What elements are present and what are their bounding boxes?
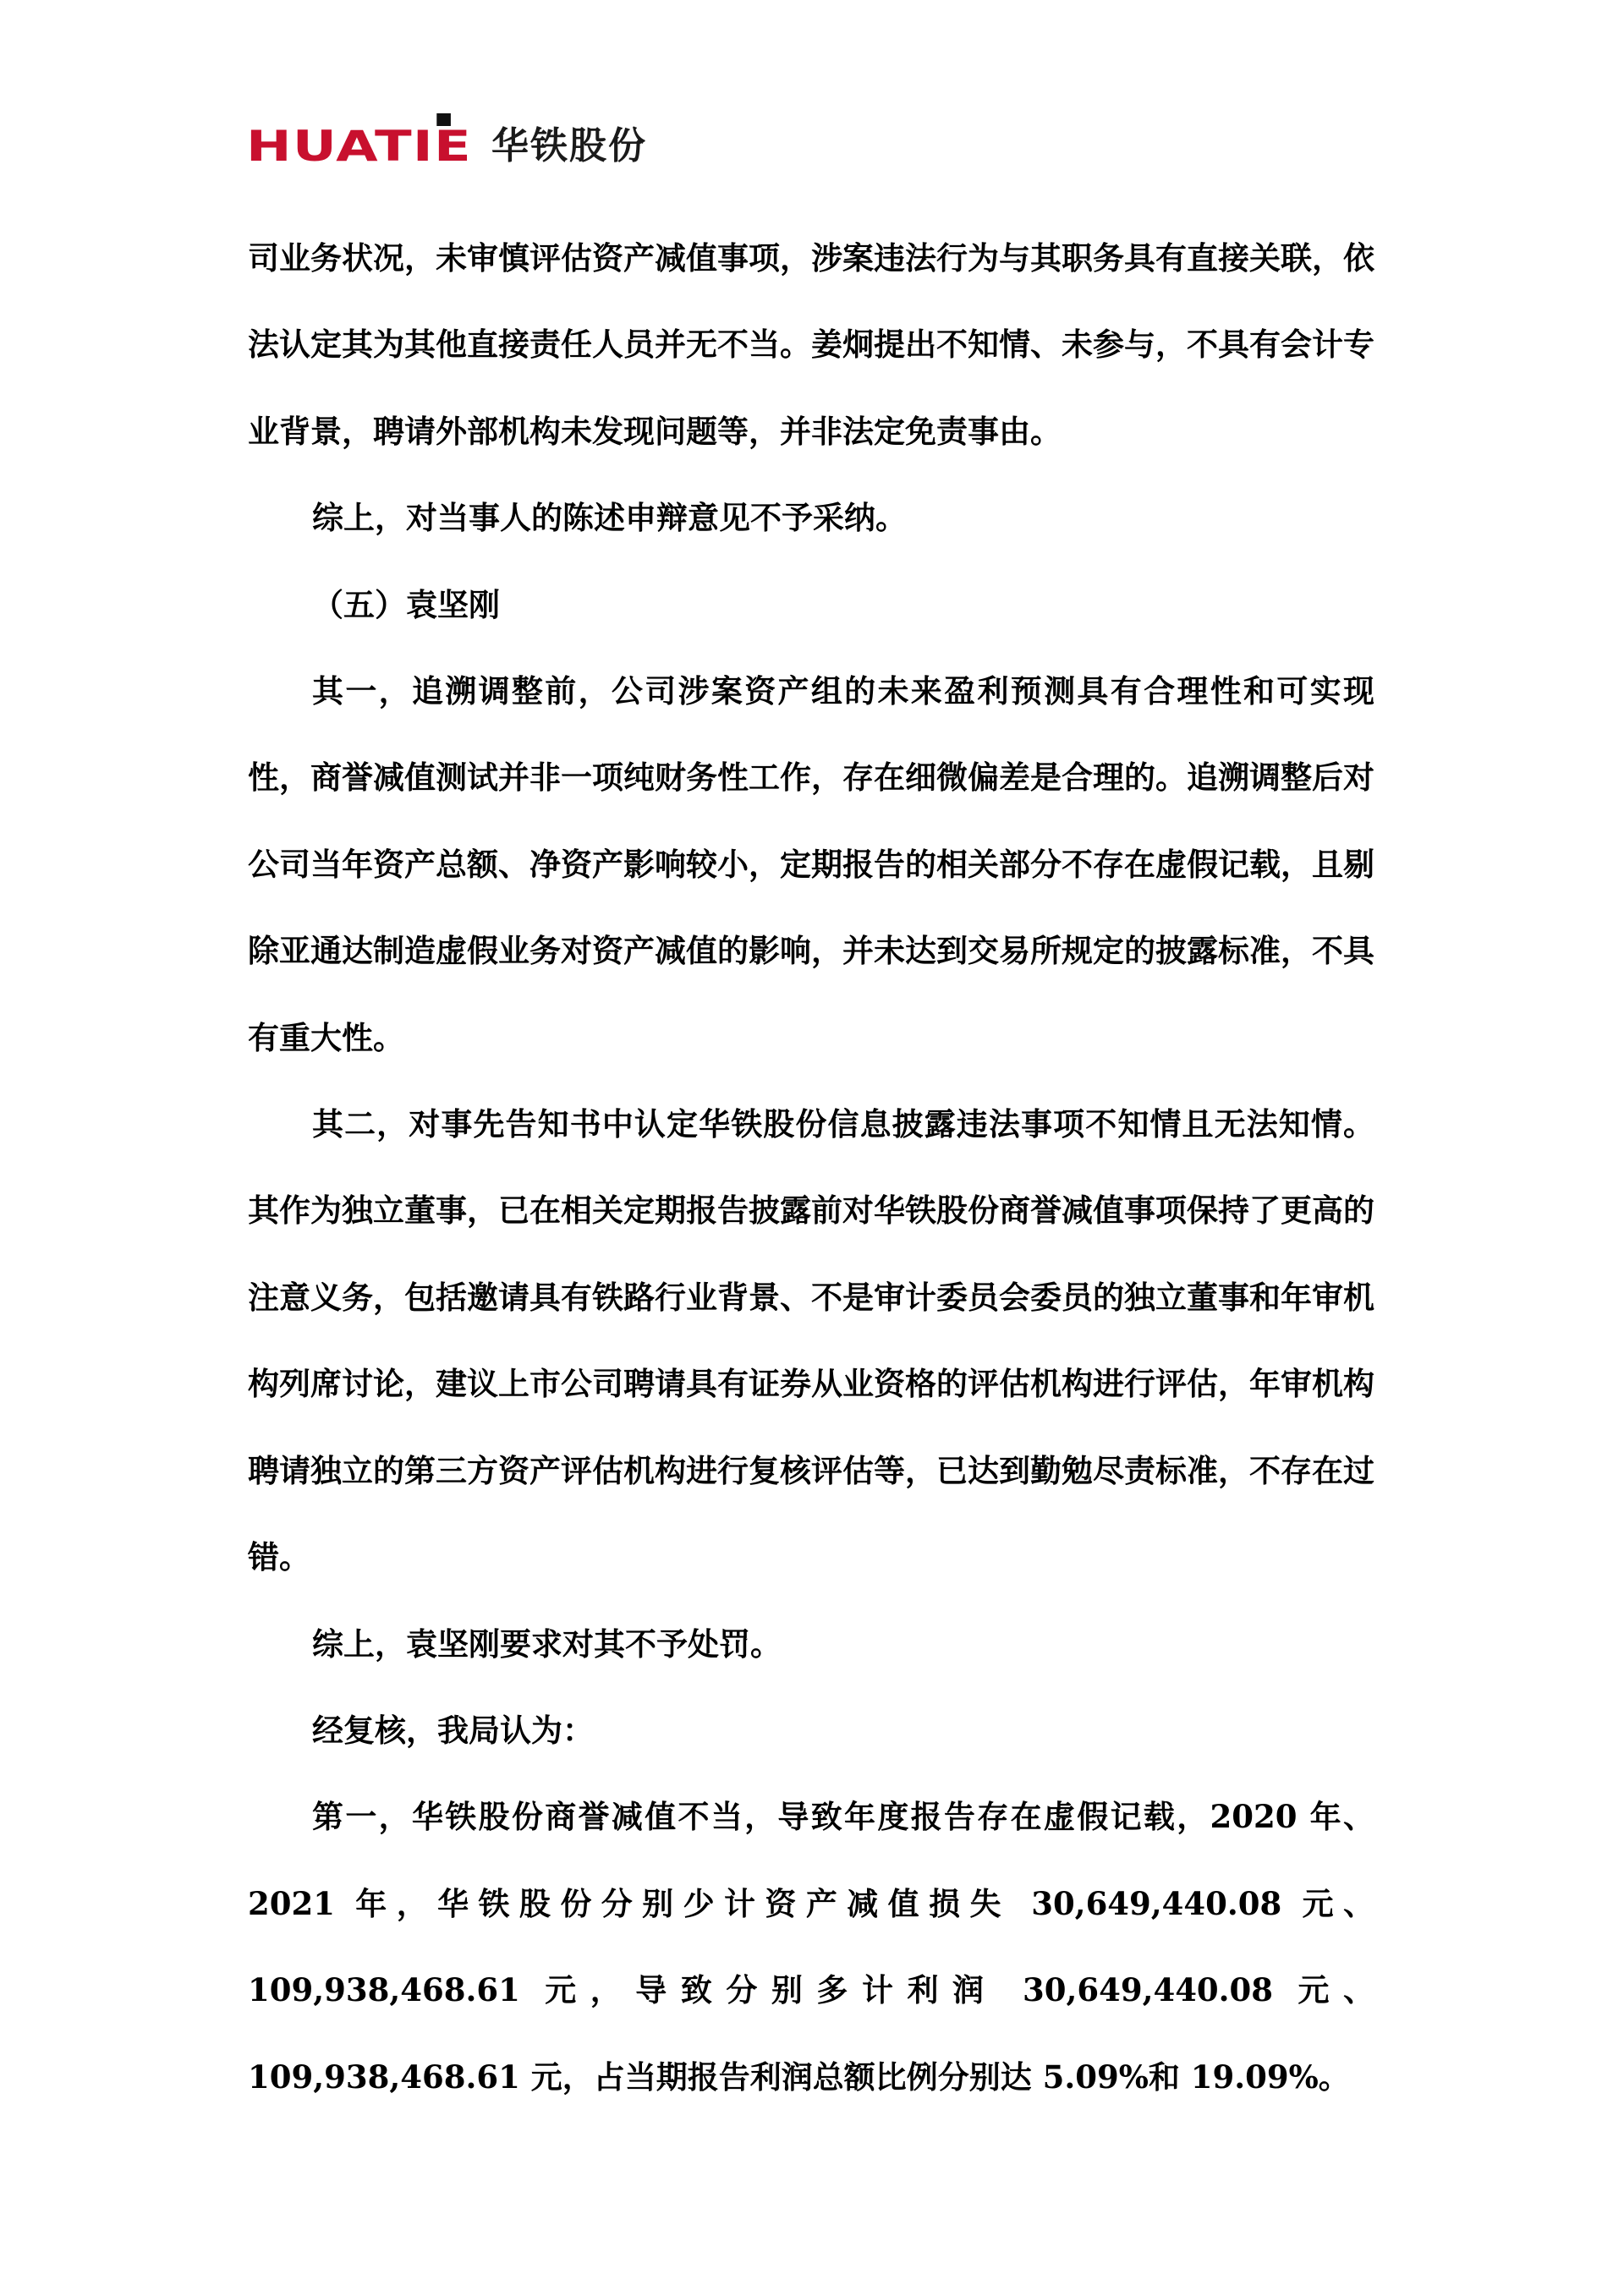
paragraph-continued: 司业务状况，未审慎评估资产减值事项，涉案违法行为与其职务具有直接关联，依法认定其… xyxy=(248,215,1374,474)
document-page: HUATIE 华铁股份 司业务状况，未审慎评估资产减值事项，涉案违法行为与其职务… xyxy=(0,0,1624,2296)
logo-wordmark: HUATIE xyxy=(246,125,479,167)
paragraph-review-intro: 经复核，我局认为： xyxy=(248,1687,1374,1773)
company-logo: HUATIE 华铁股份 xyxy=(246,113,647,167)
document-body: 司业务状况，未审慎评估资产减值事项，涉案违法行为与其职务具有直接关联，依法认定其… xyxy=(248,215,1374,2120)
section-heading: （五）袁坚刚 xyxy=(248,562,1374,648)
paragraph-argument-one: 其一，追溯调整前，公司涉案资产组的未来盈利预测具有合理性和可实现性，商誉减值测试… xyxy=(248,648,1374,1081)
paragraph-finding-one: 第一，华铁股份商誉减值不当，导致年度报告存在虚假记载，2020 年、2021 年… xyxy=(248,1773,1374,2120)
logo-dot-icon xyxy=(436,113,451,126)
paragraph-argument-two: 其二，对事先告知书中认定华铁股份信息披露违法事项不知情且无法知情。其作为独立董事… xyxy=(248,1081,1374,1600)
logo-chinese-name: 华铁股份 xyxy=(491,125,647,167)
paragraph-conclusion: 综上，对当事人的陈述申辩意见不予采纳。 xyxy=(248,474,1374,561)
logo-latin-text: HUATIE xyxy=(246,122,472,171)
paragraph-request: 综上，袁坚刚要求对其不予处罚。 xyxy=(248,1601,1374,1687)
